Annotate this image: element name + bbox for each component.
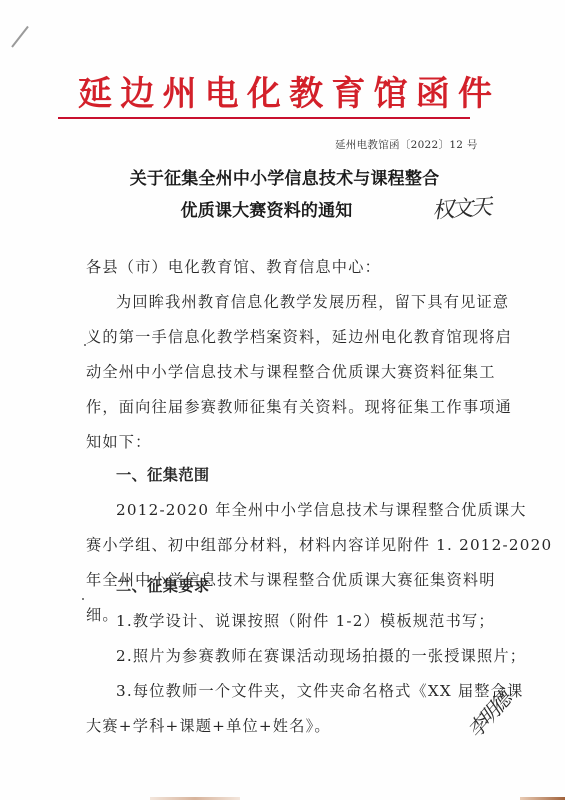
scan-speck bbox=[84, 344, 86, 346]
intro-line: 知如下： bbox=[86, 431, 152, 452]
letterhead-char: 电 bbox=[205, 74, 239, 114]
salutation: 各县（市）电化教育馆、教育信息中心： bbox=[86, 256, 381, 277]
scope-line: 细。 bbox=[86, 604, 119, 625]
requirement-item: 1.教学设计、说课按照（附件 1-2）模板规范书写； bbox=[116, 610, 495, 631]
letterhead-char: 馆 bbox=[374, 74, 408, 114]
requirement-continuation: 大赛+学科+课题+单位+姓名》。 bbox=[86, 715, 331, 736]
pen-mark bbox=[11, 26, 29, 48]
intro-line: 为回眸我州教育信息化教学发展历程，留下具有见证意 bbox=[116, 291, 509, 312]
requirement-item: 3.每位教师一个文件夹，文件夹命名格式《XX 届整合课 bbox=[116, 680, 523, 701]
letterhead-char: 边 bbox=[120, 74, 154, 114]
section-heading-requirements: 二、征集要求 bbox=[116, 575, 210, 596]
handwritten-signature-top: 权文天 bbox=[431, 190, 490, 225]
scan-speck bbox=[82, 598, 84, 600]
letterhead-title: 延 边 州 电 化 教 育 馆 函 件 bbox=[62, 74, 508, 114]
letterhead-red-rule bbox=[58, 117, 470, 119]
document-number: 延州电教馆函〔2022〕12 号 bbox=[335, 137, 478, 152]
intro-line: 作，面向往届参赛教师征集有关资料。现将征集工作事项通 bbox=[86, 396, 512, 417]
intro-line: 动全州中小学信息技术与课程整合优质课大赛资料征集工 bbox=[86, 361, 496, 382]
letterhead-char: 育 bbox=[331, 74, 365, 114]
letterhead-char: 州 bbox=[162, 74, 196, 114]
requirement-item: 2.照片为参赛教师在赛课活动现场拍摄的一张授课照片； bbox=[116, 645, 526, 666]
section-heading-scope: 一、征集范围 bbox=[116, 464, 210, 485]
letterhead-char: 延 bbox=[78, 74, 112, 114]
scope-line: 2012-2020 年全州中小学信息技术与课程整合优质课大 bbox=[116, 499, 527, 520]
scope-line: 赛小学组、初中组部分材料，材料内容详见附件 1. 2012-2020 bbox=[86, 534, 552, 555]
intro-line: 义的第一手信息化教学档案资料，延边州电化教育馆现将启 bbox=[86, 326, 512, 347]
letterhead-char: 函 bbox=[416, 74, 450, 114]
notice-title-line-1: 关于征集全州中小学信息技术与课程整合 bbox=[2, 164, 565, 189]
document-page: 延 边 州 电 化 教 育 馆 函 件 延州电教馆函〔2022〕12 号 关于征… bbox=[0, 0, 565, 800]
letterhead-char: 件 bbox=[458, 74, 492, 114]
letterhead-char: 化 bbox=[247, 74, 281, 114]
letterhead-char: 教 bbox=[289, 74, 323, 114]
